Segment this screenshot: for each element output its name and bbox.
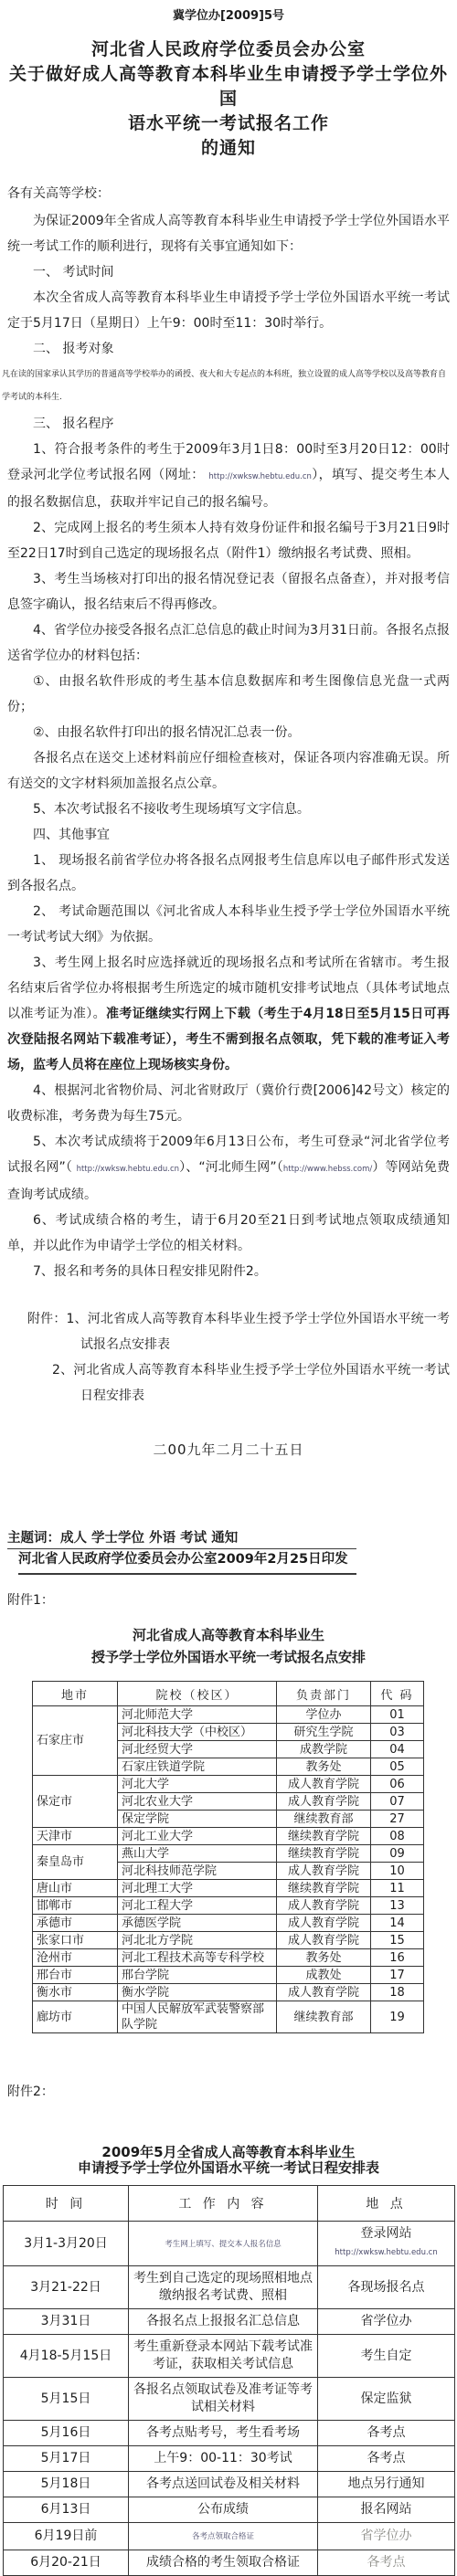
text-run: 省学位办: [361, 2314, 412, 2328]
text-run: 3月1-3月20日: [24, 2236, 108, 2251]
table-row: 3月1-3月20日考生网上填写、提交本人报名信息登录网站http://xwksw…: [4, 2222, 455, 2266]
place-cell: 保定监狱: [318, 2378, 455, 2421]
city-cell: 邯郸市: [33, 1897, 118, 1915]
work-content-cell: 各考点领取合格证: [129, 2523, 318, 2550]
paragraph: 3、考生当场核对打印出的报名情况登记表（留报名点备查），并对报考信息签字确认，报…: [7, 566, 450, 618]
text-run: 4、根据河北省物价局、河北省财政厅（冀价行费[2006]42号文）核定的收费标准…: [7, 1083, 450, 1124]
work-content-cell: 考生到自己选定的现场照相地点缴纳报名考试费、照相: [129, 2266, 318, 2309]
time-cell: 5月18日: [4, 2472, 129, 2497]
text-run: 6月20-21日: [30, 2555, 101, 2570]
attachment1-title: 河北省成人高等教育本科毕业生 授予学士学位外国语水平统一考试报名点安排: [7, 1624, 450, 1668]
registration-points-table: 地市院校（校区）负责部门代 码 石家庄市河北师范大学学位办01河北科技大学（中校…: [32, 1681, 424, 2033]
text-run: ②、由报名软件打印出的报名情况汇总表一份。: [33, 725, 301, 740]
text-run: 凡在读的国家承认其学历的普通高等学校举办的函授、夜大和大专起点的本科班，独立设置…: [2, 370, 446, 402]
code-cell: 05: [371, 1758, 424, 1776]
doc-number: 冀学位办[2009]5号: [7, 5, 450, 23]
table-row: 6月20-21日成绩合格的考生领取合格证各考点: [4, 2550, 455, 2576]
college-cell: 河北大学: [118, 1776, 277, 1793]
paragraph: ②、由报名软件打印出的报名情况汇总表一份。: [7, 720, 450, 745]
text-run: 省学位办: [361, 2528, 412, 2543]
department-cell: 继续教育部: [277, 1811, 371, 1828]
paragraph: 4、省学位办接受各报名点汇总信息的截止时间为3月31日前。各报名点报送省学位办的…: [7, 618, 450, 669]
paragraph: 凡在读的国家承认其学历的普通高等学校举办的函授、夜大和大专起点的本科班，独立设置…: [2, 364, 450, 409]
table-row: 廊坊市中国人民解放军武装警察部队学院继续教育部19: [33, 2001, 424, 2033]
doc-title-line: 河北省人民政府学位委员会办公室: [7, 37, 450, 62]
college-cell: 河北科技师范学院: [118, 1863, 277, 1880]
table-row: 天津市河北工业大学继续教育学院08: [33, 1828, 424, 1845]
attachment2-label: 附件2：: [7, 2081, 450, 2103]
paragraph: 本次全省成人高等教育本科毕业生申请授予学士学位外国语水平统一考试定于5月17日（…: [7, 285, 450, 336]
paragraph: 2、完成网上报名的考生须本人持有效身份证件和报名编号于3月21日9时至22日17…: [7, 515, 450, 566]
code-cell: 01: [371, 1706, 424, 1724]
registration-points-body: 石家庄市河北师范大学学位办01河北科技大学（中校区）研究生学院03河北经贸大学成…: [33, 1706, 424, 2033]
text-run: 各报名点上报报名汇总信息: [146, 2314, 300, 2328]
department-cell: 成人教育学院: [277, 1932, 371, 1949]
paragraph: 二、 报考对象: [7, 336, 450, 362]
work-content-cell: 公布成绩: [129, 2497, 318, 2523]
code-cell: 07: [371, 1793, 424, 1811]
paragraph: 三、 报名程序: [7, 411, 450, 437]
table-row: 5月15日各报名点领取试卷及准考证等考试相关材料保定监狱: [4, 2378, 455, 2421]
code-cell: 03: [371, 1724, 424, 1741]
notice-document: 冀学位办[2009]5号 河北省人民政府学位委员会办公室 关于做好成人高等教育本…: [0, 0, 457, 2576]
table-row: 沧州市河北工程技术高等专科学校教务处16: [33, 1949, 424, 1967]
table-row: 石家庄市河北师范大学学位办01: [33, 1706, 424, 1724]
text-run: 各考点贴考号，考生看考场: [146, 2425, 300, 2440]
table-row: 唐山市河北理工大学继续教育学院11: [33, 1880, 424, 1897]
text-run: 各考点送回试卷及相关材料: [146, 2476, 300, 2491]
doc-title-line: 的通知: [7, 136, 450, 161]
college-cell: 河北科技大学（中校区）: [118, 1724, 277, 1741]
schedule-body: 3月1-3月20日考生网上填写、提交本人报名信息登录网站http://xwksw…: [4, 2222, 455, 2576]
code-cell: 06: [371, 1776, 424, 1793]
work-content-cell: 各考点送回试卷及相关材料: [129, 2472, 318, 2497]
city-cell: 邢台市: [33, 1967, 118, 1984]
text-run: 地点另行通知: [348, 2476, 425, 2491]
salutation: 各有关高等学校：: [7, 181, 450, 206]
college-cell: 保定学院: [118, 1811, 277, 1828]
department-cell: 教务处: [277, 1949, 371, 1967]
text-run: 三、 报名程序: [33, 417, 113, 431]
text-run: 一、 考试时间: [33, 265, 113, 280]
city-cell: 承德市: [33, 1915, 118, 1932]
table-row: 3月31日各报名点上报报名汇总信息省学位办: [4, 2309, 455, 2335]
time-cell: 5月17日: [4, 2446, 129, 2472]
text-run: 登录网站: [361, 2226, 412, 2241]
attachment2-title-line: 申请授予学士学位外国语水平统一考试日程安排表: [7, 2160, 450, 2176]
paragraph: 2、河北省成人高等教育本科毕业生授予学士学位外国语水平统一考试日程安排表: [7, 1357, 450, 1409]
text-run: 报名网站: [361, 2502, 412, 2517]
text-run: 4月18-5月15日: [20, 2349, 112, 2363]
attachment1-label: 附件1：: [7, 1589, 450, 1611]
text-run: 3月21-22日: [30, 2280, 101, 2295]
text-run: 本次全省成人高等教育本科毕业生申请授予学士学位外国语水平统一考试定于5月17日（…: [7, 290, 450, 331]
keywords-block: 主题词：成人 学士学位 外语 考试 通知 河北省人民政府学位委员会办公室2009…: [7, 1528, 450, 1575]
table-row: 衡水市衡水学院成人教育学院18: [33, 1984, 424, 2001]
code-cell: 16: [371, 1949, 424, 1967]
text-run: 2、河北省成人高等教育本科毕业生授予学士学位外国语水平统一考试日程安排表: [52, 1363, 450, 1403]
column-header: 地市: [33, 1682, 118, 1706]
inline-url-text: http://www.hebss.com/: [283, 1165, 372, 1174]
doc-date: 二00九年二月二十五日: [7, 1440, 450, 1459]
attachment1-title-line: 河北省成人高等教育本科毕业生: [7, 1624, 450, 1646]
table-row: 承德市承德医学院成人教育学院14: [33, 1915, 424, 1932]
text-run: 为保证2009年全省成人高等教育本科毕业生申请授予学士学位外国语水平统一考试工作…: [7, 214, 450, 254]
paragraph: 1、 现场报名前省学位办将各报名点网报考生信息库以电子邮件形式发送到各报名点。: [7, 848, 450, 899]
text-run: 7、报名和考务的具体日程安排见附件2。: [33, 1264, 267, 1279]
work-content-cell: 考生重新登录本网站下载考试准考证，获取相关考试信息: [129, 2335, 318, 2378]
paragraph: 7、报名和考务的具体日程安排见附件2。: [7, 1259, 450, 1284]
code-cell: 19: [371, 2001, 424, 2033]
college-cell: 石家庄铁道学院: [118, 1758, 277, 1776]
column-header: 工 作 内 容: [129, 2186, 318, 2222]
attachment1-title-line: 授予学士学位外国语水平统一考试报名点安排: [7, 1646, 450, 1668]
paragraph: 5、本次考试成绩将于2009年6月13日公布，考生可登录“河北省学位考试报名网”…: [7, 1129, 450, 1208]
department-cell: 继续教育学院: [277, 1828, 371, 1845]
place-cell: 报名网站: [318, 2497, 455, 2523]
college-cell: 河北工程技术高等专科学校: [118, 1949, 277, 1967]
code-cell: 18: [371, 1984, 424, 2001]
inline-url-text: http://xwksw.hebtu.edu.cn: [208, 472, 311, 481]
city-cell: 沧州市: [33, 1949, 118, 1967]
work-content-cell: 上午9：00-11：30考试: [129, 2446, 318, 2472]
department-cell: 成人教育学院: [277, 1776, 371, 1793]
place-cell: 地点另行通知: [318, 2472, 455, 2497]
issuer-line: 河北省人民政府学位委员会办公室2009年2月25日印发: [18, 1549, 356, 1575]
city-cell: 廊坊市: [33, 2001, 118, 2033]
college-cell: 河北农业大学: [118, 1793, 277, 1811]
table-row: 邢台市邢台学院成教处17: [33, 1967, 424, 1984]
paragraph: 6、考试成绩合格的考生，请于6月20至21日到考试地点领取成绩通知单，并以此作为…: [7, 1208, 450, 1259]
work-content-cell: 各报名点领取试卷及准考证等考试相关材料: [129, 2378, 318, 2421]
body-paragraphs: 为保证2009年全省成人高等教育本科毕业生申请授予学士学位外国语水平统一考试工作…: [7, 208, 450, 1409]
work-content-cell: 各考点贴考号，考生看考场: [129, 2421, 318, 2446]
paragraph: 3、考生网上报名时应选择就近的现场报名点和考试所在省辖市。考生报名结束后省学位办…: [7, 950, 450, 1078]
text-run: 附件：1、河北省成人高等教育本科毕业生授予学士学位外国语水平统一考试报名点安排表: [27, 1312, 450, 1352]
text-run: 各考点: [367, 2451, 406, 2465]
city-cell: 秦皇岛市: [33, 1845, 118, 1880]
attachment2-title-line: 2009年5月全省成人高等教育本科毕业生: [7, 2145, 450, 2160]
table-header-row: 时 间工 作 内 容地 点: [4, 2186, 455, 2222]
department-cell: 继续教育部: [277, 2001, 371, 2033]
text-run: 6、考试成绩合格的考生，请于6月20至21日到考试地点领取成绩通知单，并以此作为…: [7, 1213, 450, 1253]
department-cell: 成人教育学院: [277, 1915, 371, 1932]
paragraph: 5、本次考试报名不接收考生现场填写文字信息。: [7, 797, 450, 822]
text-run: ①、由报名软件形成的考生基本信息数据库和考生图像信息光盘一式两份；: [7, 674, 450, 714]
college-cell: 燕山大学: [118, 1845, 277, 1863]
text-run: 各考点: [367, 2425, 406, 2440]
text-run: 考生到自己选定的现场照相地点缴纳报名考试费、照相: [133, 2271, 313, 2303]
keywords-line: 主题词：成人 学士学位 外语 考试 通知: [7, 1528, 356, 1549]
place-cell: 各考点: [318, 2446, 455, 2472]
time-cell: 3月21-22日: [4, 2266, 129, 2309]
text-run: 5月17日: [41, 2451, 91, 2465]
text-run: 2、完成网上报名的考生须本人持有效身份证件和报名编号于3月21日9时至22日17…: [7, 521, 450, 561]
table-row: 张家口市河北北方学院成人教育学院15: [33, 1932, 424, 1949]
department-cell: 成人教育学院: [277, 1897, 371, 1915]
time-cell: 6月13日: [4, 2497, 129, 2523]
schedule-table: 时 间工 作 内 容地 点 3月1-3月20日考生网上填写、提交本人报名信息登录…: [3, 2185, 455, 2576]
table-row: 5月18日各考点送回试卷及相关材料地点另行通知: [4, 2472, 455, 2497]
college-cell: 承德医学院: [118, 1915, 277, 1932]
work-content-cell: 成绩合格的考生领取合格证: [129, 2550, 318, 2576]
text-run: ）、“河北师生网”（: [179, 1160, 283, 1175]
column-header: 时 间: [4, 2186, 129, 2222]
college-cell: 邢台学院: [118, 1967, 277, 1984]
text-run: 上午9：00-11：30考试: [154, 2451, 292, 2465]
text-run: 1、 现场报名前省学位办将各报名点网报考生信息库以电子邮件形式发送到各报名点。: [7, 853, 450, 893]
place-cell: 各考点: [318, 2550, 455, 2576]
text-run: 2、 考试命题范围以《河北省成人本科毕业生授予学士学位外国语水平统一考试考试大纲…: [7, 904, 450, 945]
text-run: 3月31日: [41, 2314, 91, 2328]
text-run: 考生重新登录本网站下载考试准考证，获取相关考试信息: [133, 2339, 313, 2371]
place-cell: 各现场报名点: [318, 2266, 455, 2309]
department-cell: 继续教育学院: [277, 1845, 371, 1863]
code-cell: 17: [371, 1967, 424, 1984]
text-run: 二、 报考对象: [33, 342, 113, 356]
time-cell: 5月15日: [4, 2378, 129, 2421]
text-run: 四、其他事宜: [33, 828, 110, 842]
table-row: 秦皇岛市燕山大学继续教育学院09: [33, 1845, 424, 1863]
college-cell: 河北师范大学: [118, 1706, 277, 1724]
text-run: 5月15日: [41, 2391, 91, 2406]
place-cell: 省学位办: [318, 2309, 455, 2335]
place-cell: 各考点: [318, 2421, 455, 2446]
attachment2-title: 2009年5月全省成人高等教育本科毕业生 申请授予学士学位外国语水平统一考试日程…: [7, 2145, 450, 2176]
paragraph: 附件：1、河北省成人高等教育本科毕业生授予学士学位外国语水平统一考试报名点安排表: [7, 1306, 450, 1357]
time-cell: 6月19日前: [4, 2523, 129, 2550]
paragraph: 一、 考试时间: [7, 259, 450, 285]
table-row: 6月19日前各考点领取合格证省学位办: [4, 2523, 455, 2550]
paragraph: 1、符合报考条件的考生于2009年3月1日8：00时至3月20日12：00时登录…: [7, 437, 450, 515]
college-cell: 河北工业大学: [118, 1828, 277, 1845]
text-run: 公布成绩: [197, 2502, 249, 2517]
department-cell: 继续教育学院: [277, 1880, 371, 1897]
city-cell: 衡水市: [33, 1984, 118, 2001]
city-cell: 唐山市: [33, 1880, 118, 1897]
paragraph: 四、其他事宜: [7, 822, 450, 848]
code-cell: 27: [371, 1811, 424, 1828]
college-cell: 河北理工大学: [118, 1880, 277, 1897]
time-cell: 4月18-5月15日: [4, 2335, 129, 2378]
table-row: 4月18-5月15日考生重新登录本网站下载考试准考证，获取相关考试信息考生自定: [4, 2335, 455, 2378]
code-cell: 11: [371, 1880, 424, 1897]
column-header: 地 点: [318, 2186, 455, 2222]
text-run: 各报名点在送交上述材料前应仔细检查核对，保证各项内容准确无误。所有送交的文字材料…: [7, 751, 450, 791]
table-row: 3月21-22日考生到自己选定的现场照相地点缴纳报名考试费、照相各现场报名点: [4, 2266, 455, 2309]
department-cell: 成教处: [277, 1967, 371, 1984]
column-header: 代 码: [371, 1682, 424, 1706]
city-cell: 张家口市: [33, 1932, 118, 1949]
inline-url-text: http://xwksw.hebtu.edu.cn: [335, 2248, 437, 2257]
inline-url-text: 考生网上填写、提交本人报名信息: [165, 2240, 282, 2249]
city-cell: 天津市: [33, 1828, 118, 1845]
city-cell: 保定市: [33, 1776, 118, 1828]
code-cell: 08: [371, 1828, 424, 1845]
paragraph: 4、根据河北省物价局、河北省财政厅（冀价行费[2006]42号文）核定的收费标准…: [7, 1078, 450, 1129]
text-run: 5月18日: [41, 2476, 91, 2491]
text-run: 各报名点领取试卷及准考证等考试相关材料: [133, 2382, 313, 2414]
code-cell: 13: [371, 1897, 424, 1915]
college-cell: 河北工程大学: [118, 1897, 277, 1915]
time-cell: 6月20-21日: [4, 2550, 129, 2576]
text-run: 6月19日前: [35, 2528, 98, 2543]
department-cell: 学位办: [277, 1706, 371, 1724]
time-cell: 5月16日: [4, 2421, 129, 2446]
department-cell: 成人教育学院: [277, 1793, 371, 1811]
text-run: 保定监狱: [361, 2391, 412, 2406]
doc-title-line: 语水平统一考试报名工作: [7, 111, 450, 136]
code-cell: 10: [371, 1863, 424, 1880]
department-cell: 成教学院: [277, 1741, 371, 1758]
table-header-row: 地市院校（校区）负责部门代 码: [33, 1682, 424, 1706]
paragraph: 各报名点在送交上述材料前应仔细检查核对，保证各项内容准确无误。所有送交的文字材料…: [7, 745, 450, 797]
table-row: 保定市河北大学成人教育学院06: [33, 1776, 424, 1793]
table-row: 5月16日各考点贴考号，考生看考场各考点: [4, 2421, 455, 2446]
college-cell: 衡水学院: [118, 1984, 277, 2001]
code-cell: 09: [371, 1845, 424, 1863]
column-header: 院校（校区）: [118, 1682, 277, 1706]
text-run: 各考点: [367, 2555, 406, 2570]
text-run: 5月16日: [41, 2425, 91, 2440]
college-cell: 河北经贸大学: [118, 1741, 277, 1758]
text-run: 4、省学位办接受各报名点汇总信息的截止时间为3月31日前。各报名点报送省学位办的…: [7, 623, 450, 663]
paragraph: 2、 考试命题范围以《河北省成人本科毕业生授予学士学位外国语水平统一考试考试大纲…: [7, 899, 450, 950]
work-content-cell: 各报名点上报报名汇总信息: [129, 2309, 318, 2335]
text-run: 考生自定: [361, 2349, 412, 2363]
doc-title-line: 关于做好成人高等教育本科毕业生申请授予学士学位外国: [7, 62, 450, 111]
code-cell: 14: [371, 1915, 424, 1932]
text-run: 5、本次考试报名不接收考生现场填写文字信息。: [33, 802, 310, 817]
place-cell: 登录网站http://xwksw.hebtu.edu.cn: [318, 2222, 455, 2266]
paragraph: 为保证2009年全省成人高等教育本科毕业生申请授予学士学位外国语水平统一考试工作…: [7, 208, 450, 259]
college-cell: 中国人民解放军武装警察部队学院: [118, 2001, 277, 2033]
place-cell: 省学位办: [318, 2523, 455, 2550]
city-cell: 石家庄市: [33, 1706, 118, 1776]
department-cell: 教务处: [277, 1758, 371, 1776]
text-run: 3、考生当场核对打印出的报名情况登记表（留报名点备查），并对报考信息签字确认，报…: [7, 572, 450, 612]
college-cell: 河北北方学院: [118, 1932, 277, 1949]
inline-url-text: 各考点领取合格证: [192, 2532, 254, 2541]
inline-url-text: http://xwksw.hebtu.edu.cn: [77, 1165, 179, 1174]
text-run: 6月13日: [41, 2502, 91, 2517]
paragraph: ①、由报名软件形成的考生基本信息数据库和考生图像信息光盘一式两份；: [7, 669, 450, 720]
table-row: 6月13日公布成绩报名网站: [4, 2497, 455, 2523]
column-header: 负责部门: [277, 1682, 371, 1706]
time-cell: 3月31日: [4, 2309, 129, 2335]
time-cell: 3月1-3月20日: [4, 2222, 129, 2266]
work-content-cell: 考生网上填写、提交本人报名信息: [129, 2222, 318, 2266]
table-row: 5月17日上午9：00-11：30考试各考点: [4, 2446, 455, 2472]
table-row: 邯郸市河北工程大学成人教育学院13: [33, 1897, 424, 1915]
department-cell: 成人教育学院: [277, 1984, 371, 2001]
place-cell: 考生自定: [318, 2335, 455, 2378]
department-cell: 研究生学院: [277, 1724, 371, 1741]
department-cell: 成人教育学院: [277, 1863, 371, 1880]
code-cell: 04: [371, 1741, 424, 1758]
code-cell: 15: [371, 1932, 424, 1949]
doc-title: 河北省人民政府学位委员会办公室 关于做好成人高等教育本科毕业生申请授予学士学位外…: [7, 37, 450, 161]
text-run: 成绩合格的考生领取合格证: [146, 2555, 300, 2570]
text-run: 各现场报名点: [348, 2280, 425, 2295]
